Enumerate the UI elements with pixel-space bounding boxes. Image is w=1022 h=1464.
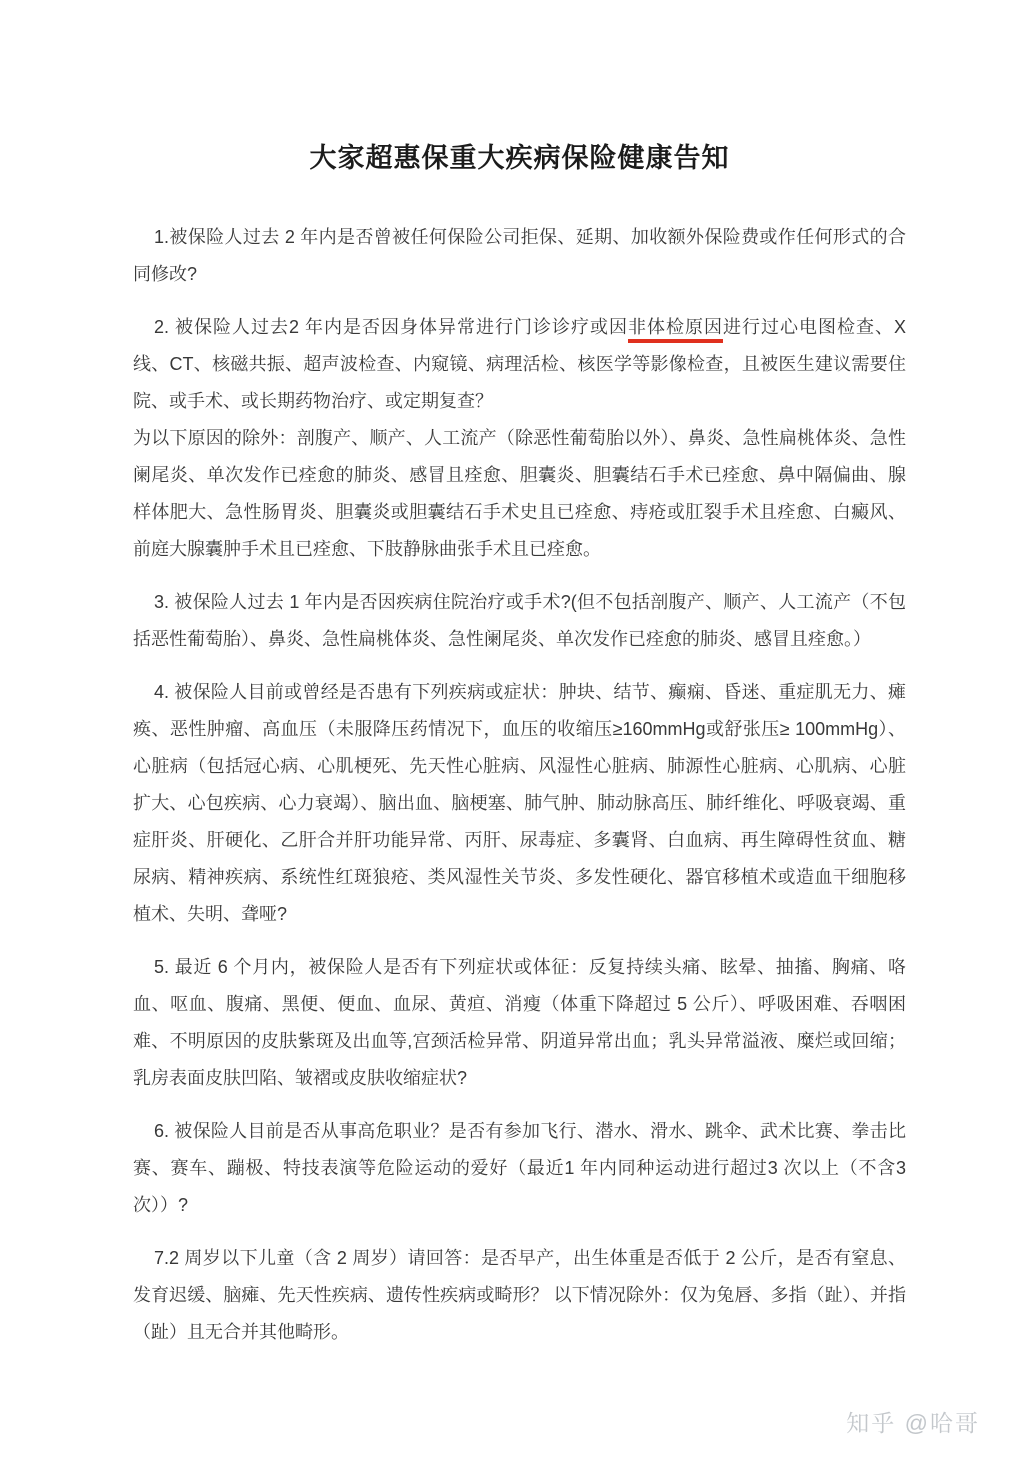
question-1: 1.被保险人过去 2 年内是否曾被任何保险公司拒保、延期、加收额外保险费或作任何… xyxy=(133,219,906,293)
document-page: 大家超惠保重大疾病保险健康告知 1.被保险人过去 2 年内是否曾被任何保险公司拒… xyxy=(0,0,1022,1464)
watermark: 知乎 @哈哥 xyxy=(846,1405,980,1438)
question-3: 3. 被保险人过去 1 年内是否因疾病住院治疗或手术?(但不包括剖腹产、顺产、人… xyxy=(133,584,906,658)
question-5: 5. 最近 6 个月内，被保险人是否有下列症状或体征：反复持续头痛、眩晕、抽搐、… xyxy=(133,949,906,1097)
question-2: 2. 被保险人过去2 年内是否因身体异常进行门诊诊疗或因非体检原因进行过心电图检… xyxy=(133,309,906,420)
question-7: 7.2 周岁以下儿童（含 2 周岁）请回答：是否早产，出生体重是否低于 2 公斤… xyxy=(133,1240,906,1351)
question-2-highlighted-text: 非体检原因 xyxy=(628,317,723,343)
question-2-exceptions: 为以下原因的除外：剖腹产、顺产、人工流产（除恶性葡萄胎以外）、鼻炎、急性扁桃体炎… xyxy=(133,420,906,568)
question-6: 6. 被保险人目前是否从事高危职业？是否有参加飞行、潜水、滑水、跳伞、武术比赛、… xyxy=(133,1113,906,1224)
question-2-text-before: 2. 被保险人过去2 年内是否因身体异常进行门诊诊疗或因 xyxy=(154,317,628,337)
page-title: 大家超惠保重大疾病保险健康告知 xyxy=(133,136,906,175)
question-4: 4. 被保险人目前或曾经是否患有下列疾病或症状：肿块、结节、癫痫、昏迷、重症肌无… xyxy=(133,674,906,933)
